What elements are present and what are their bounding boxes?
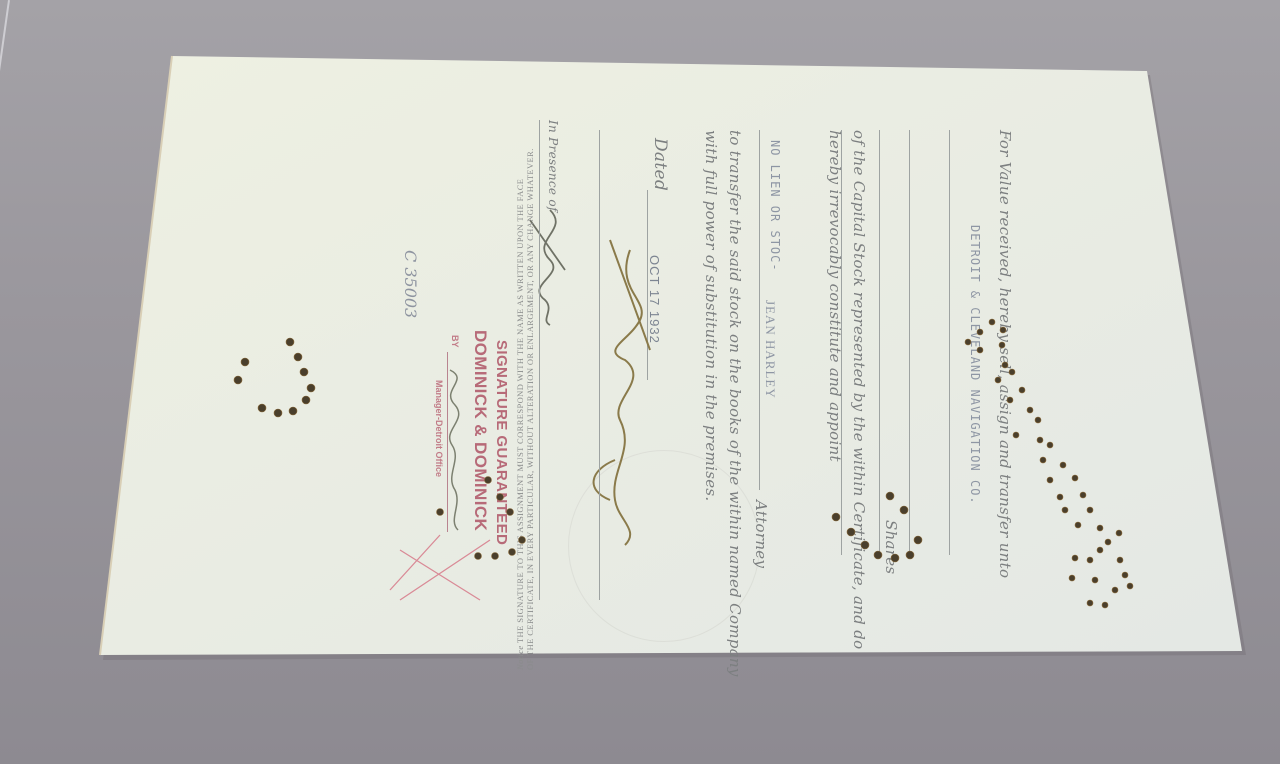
perforation-letter-left	[234, 338, 315, 417]
perforation-cancellation	[0, 0, 1280, 764]
perforation-stamp-area	[437, 477, 526, 560]
perforation-letters-right	[965, 319, 1133, 608]
perforation-letter-middle	[832, 492, 922, 562]
